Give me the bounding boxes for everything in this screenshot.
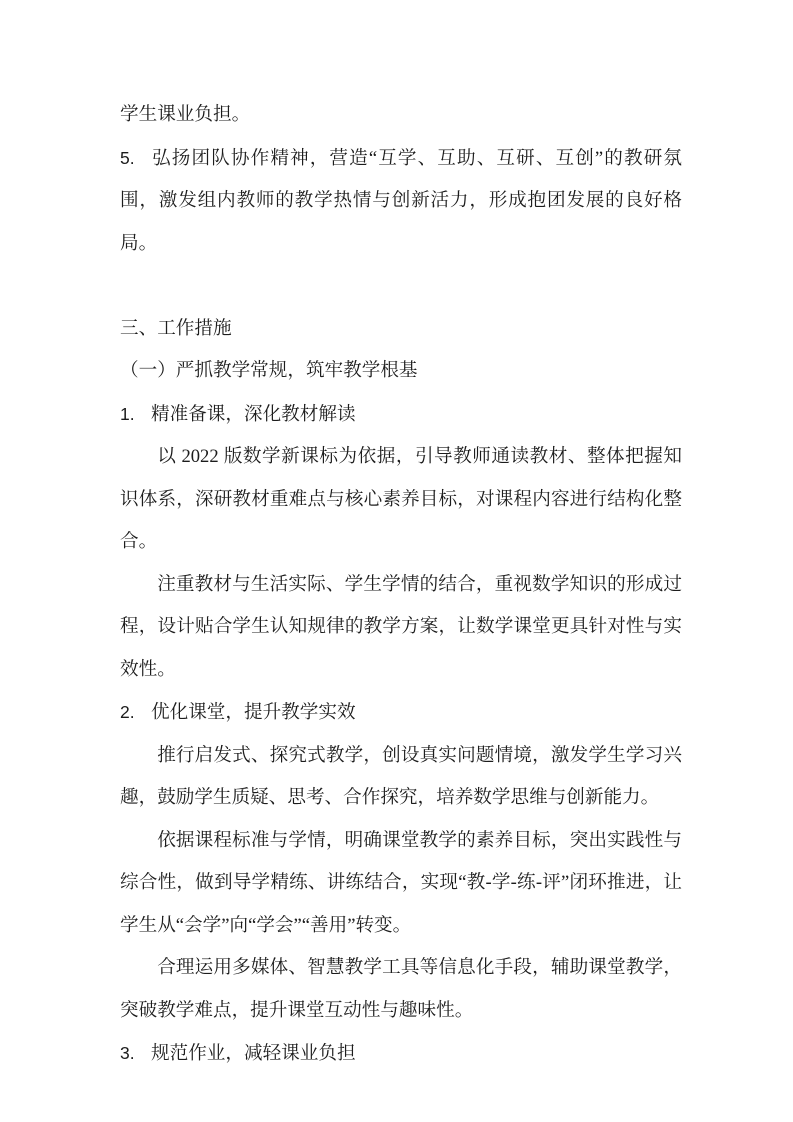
list-item: 2.优化课堂，提升教学实效	[120, 691, 682, 735]
list-item-text: 弘扬团队协作精神，营造“互学、互助、互研、互创”的教研氛围，激发组内教师的教学热…	[120, 148, 682, 254]
list-number: 5.	[120, 137, 151, 180]
list-item: 5.弘扬团队协作精神，营造“互学、互助、互研、互创”的教研氛围，激发组内教师的教…	[120, 137, 682, 266]
section-heading: 三、工作措施	[120, 308, 682, 351]
sub-heading-text: （一）严抓教学常规，筑牢教学根基	[120, 360, 418, 381]
paragraph-text: 注重教材与生活实际、学生学情的结合，重视数学知识的形成过程，设计贴合学生认知规律…	[120, 574, 682, 680]
list-number: 3.	[120, 1032, 151, 1075]
list-number: 1.	[120, 393, 151, 436]
paragraph-text: 依据课程标准与学情，明确课堂教学的素养目标，突出实践性与综合性，做到导学精练、讲…	[120, 830, 682, 936]
paragraph: 以 2022 版数学新课标为依据，引导教师通读教材、整体把握知识体系，深研教材重…	[120, 436, 682, 564]
list-item: 3.规范作业，减轻课业负担	[120, 1032, 682, 1076]
list-item-text: 规范作业，减轻课业负担	[151, 1043, 356, 1064]
paragraph: 推行启发式、探究式教学，创设真实问题情境，激发学生学习兴趣，鼓励学生质疑、思考、…	[120, 735, 682, 820]
sub-heading: （一）严抓教学常规，筑牢教学根基	[120, 350, 682, 393]
document-body: 学生课业负担。5.弘扬团队协作精神，营造“互学、互助、互研、互创”的教研氛围，激…	[120, 94, 682, 1076]
list-item-text: 精准备课，深化教材解读	[151, 404, 356, 425]
paragraph-text: 合理运用多媒体、智慧教学工具等信息化手段，辅助课堂教学，突破教学难点，提升课堂互…	[120, 957, 682, 1021]
list-item-text: 优化课堂，提升教学实效	[151, 702, 356, 723]
paragraph-text: 学生课业负担。	[120, 104, 250, 125]
paragraph: 合理运用多媒体、智慧教学工具等信息化手段，辅助课堂教学，突破教学难点，提升课堂互…	[120, 947, 682, 1032]
section-heading-text: 三、工作措施	[120, 318, 232, 339]
paragraph: 学生课业负担。	[120, 94, 682, 137]
list-number: 2.	[120, 691, 151, 734]
paragraph-text: 推行启发式、探究式教学，创设真实问题情境，激发学生学习兴趣，鼓励学生质疑、思考、…	[120, 745, 682, 809]
paragraph: 注重教材与生活实际、学生学情的结合，重视数学知识的形成过程，设计贴合学生认知规律…	[120, 564, 682, 692]
paragraph: 依据课程标准与学情，明确课堂教学的素养目标，突出实践性与综合性，做到导学精练、讲…	[120, 820, 682, 948]
paragraph-text: 以 2022 版数学新课标为依据，引导教师通读教材、整体把握知识体系，深研教材重…	[120, 446, 682, 552]
blank-line	[120, 265, 682, 308]
list-item: 1.精准备课，深化教材解读	[120, 393, 682, 437]
document-page: 学生课业负担。5.弘扬团队协作精神，营造“互学、互助、互研、互创”的教研氛围，激…	[0, 0, 793, 1122]
